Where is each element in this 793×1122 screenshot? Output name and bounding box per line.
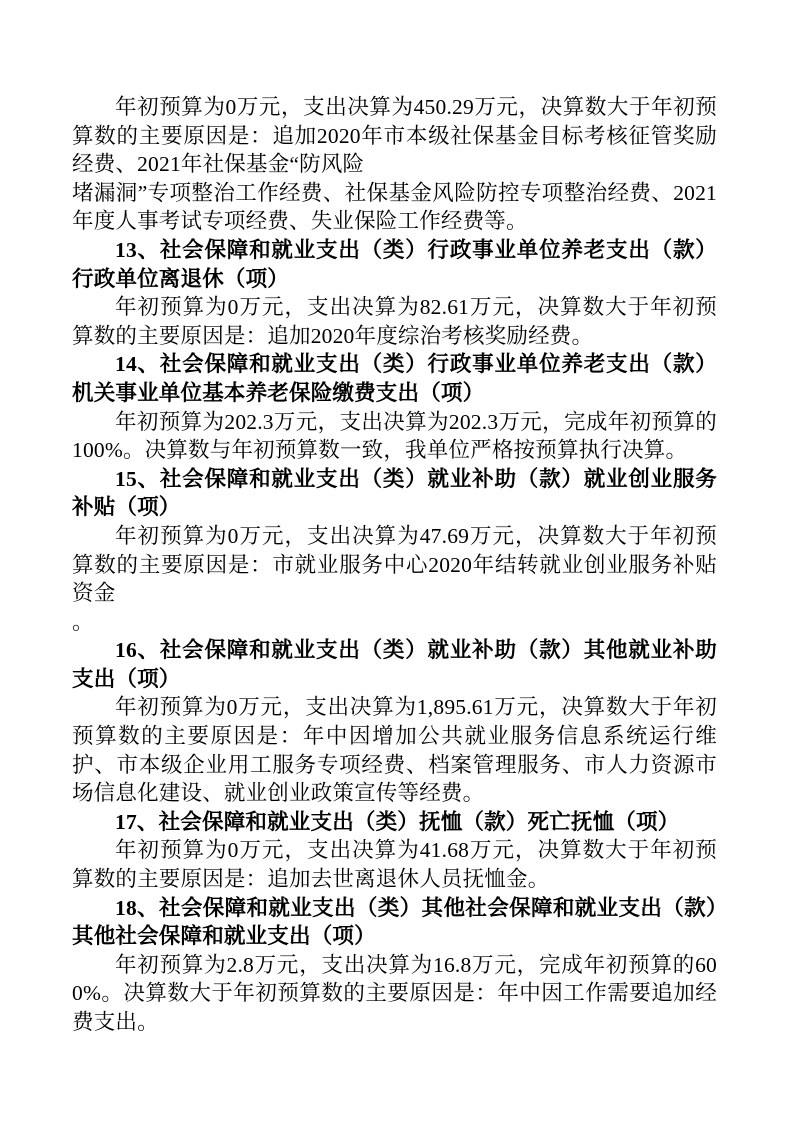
paragraph-intro-continuation: 年初预算为0万元，支出决算为450.29万元，决算数大于年初预算数的主要原因是：… bbox=[72, 93, 717, 236]
section-heading-14: 14、社会保障和就业支出（类）行政事业单位养老支出（款）机关事业单位基本养老保险… bbox=[72, 350, 717, 407]
section-heading-15: 15、社会保障和就业支出（类）就业补助（款）就业创业服务补贴（项） bbox=[72, 465, 717, 522]
section-paragraph-15: 年初预算为0万元，支出决算为47.69万元，决算数大于年初预算数的主要原因是：市… bbox=[72, 522, 717, 636]
section-paragraph-13: 年初预算为0万元，支出决算为82.61万元，决算数大于年初预算数的主要原因是：追… bbox=[72, 293, 717, 350]
section-heading-18: 18、社会保障和就业支出（类）其他社会保障和就业支出（款）其他社会保障和就业支出… bbox=[72, 894, 717, 951]
section-paragraph-17: 年初预算为0万元，支出决算为41.68万元，决算数大于年初预算数的主要原因是：追… bbox=[72, 836, 717, 893]
document-page: 年初预算为0万元，支出决算为450.29万元，决算数大于年初预算数的主要原因是：… bbox=[0, 0, 793, 1122]
document-content: 年初预算为0万元，支出决算为450.29万元，决算数大于年初预算数的主要原因是：… bbox=[0, 0, 793, 1122]
section-heading-16: 16、社会保障和就业支出（类）就业补助（款）其他就业补助支出（项） bbox=[72, 636, 717, 693]
section-paragraph-14: 年初预算为202.3万元，支出决算为202.3万元，完成年初预算的100%。决算… bbox=[72, 408, 717, 465]
section-paragraph-18: 年初预算为2.8万元，支出决算为16.8万元，完成年初预算的600%。决算数大于… bbox=[72, 951, 717, 1037]
section-paragraph-16: 年初预算为0万元，支出决算为1,895.61万元，决算数大于年初预算数的主要原因… bbox=[72, 693, 717, 807]
section-heading-17: 17、社会保障和就业支出（类）抚恤（款）死亡抚恤（项） bbox=[72, 808, 717, 837]
section-heading-13: 13、社会保障和就业支出（类）行政事业单位养老支出（款）行政单位离退休（项） bbox=[72, 236, 717, 293]
